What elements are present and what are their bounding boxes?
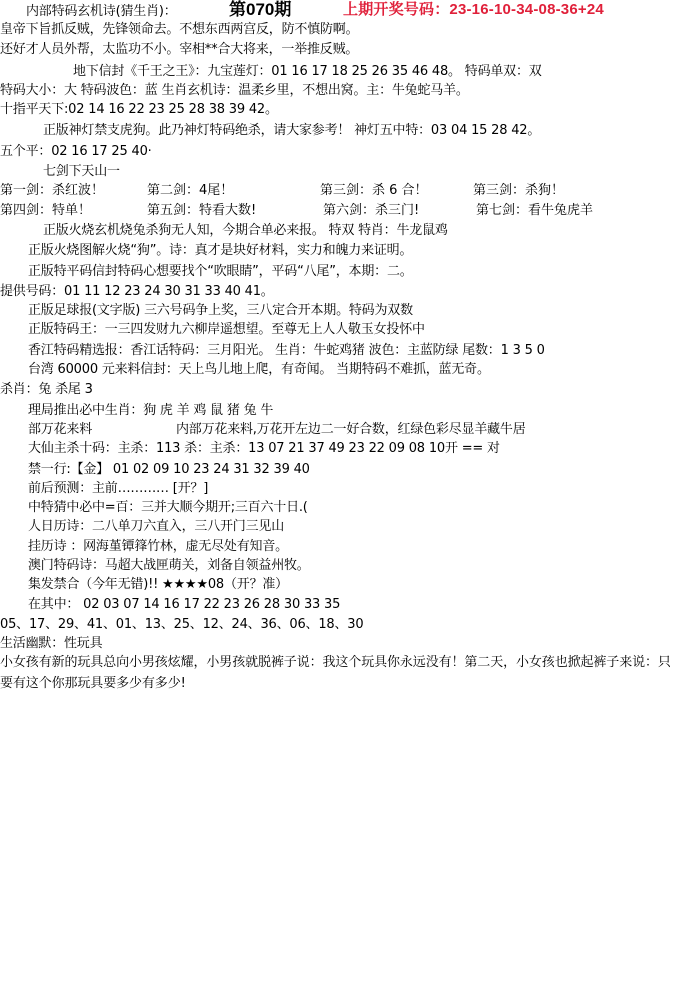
jifa-jinhe: 集发禁合（今年无错)!! ★★★★08（开？准） — [28, 575, 288, 594]
poem-line-1: 皇帝下旨抓反贼，先锋领命去。不想东西两宫反，防不慎防啊。 — [0, 20, 358, 39]
sword-7: 第七剑：看牛兔虎羊 — [476, 201, 593, 220]
tigong-haoma: 提供号码：01 11 12 23 24 30 31 33 40 41。 — [0, 282, 274, 301]
sword-4: 第四剑：特单！ — [0, 201, 91, 220]
xiangjiang-bao: 香江特码精选报：香江话特码：三月阳光。 生肖：牛蛇鸡猪 波色：主蓝防绿 尾数：1… — [28, 341, 545, 360]
renri-lishi: 人日历诗：二八单刀六直入，三八开门三见山 — [28, 517, 284, 536]
guali-shi: 挂历诗 ：网海堇镡箨竹林，虚无尽处有知音。 — [28, 537, 288, 556]
tema-info: 特码大小：大 特码波色：蓝 生肖玄机诗：温柔乡里，不想出窝。主：牛兔蛇马羊。 — [0, 81, 469, 100]
sword-5: 第五剑：特看大数! — [147, 201, 256, 220]
wugeping: 五个平：02 16 17 25 40· — [0, 142, 152, 161]
shendeng-jinzhi: 正版神灯禁支虎狗。此乃神灯特码绝杀，请大家参考！ 神灯五中特：03 04 15 … — [43, 121, 540, 140]
sword-3b: 第三剑：杀狗！ — [473, 181, 564, 200]
liju-shengxiao: 理局推出必中生肖：狗 虎 羊 鸡 鼠 猪 兔 牛 — [28, 401, 273, 420]
sword-2: 第二剑：4尾！ — [147, 181, 233, 200]
daxian-shima: 大仙主杀十码：主杀：113 杀：主杀：13 07 21 37 49 23 22 … — [28, 439, 500, 458]
poem-line-2: 还好才人员外帮，太监功不小。宰相**合大将来，一举推反贼。 — [0, 40, 358, 59]
tema-wang: 正版特码王：一三四发财九六柳岸遥想望。至尊无上人人敬玉女投怀中 — [28, 320, 425, 339]
sword-6: 第六剑：杀三门! — [323, 201, 419, 220]
aomen-temashi: 澳门特码诗：马超大战匣萌关，刘备自领益州牧。 — [28, 556, 310, 575]
number-list: 05、17、29、41、01、13、25、12、24、36、06、18、30 — [0, 615, 363, 634]
zai-qizhong: 在其中： 02 03 07 14 16 17 22 23 26 28 30 33… — [28, 595, 340, 614]
last-draw-results: 上期开奖号码：23-16-10-34-08-36+24 — [343, 0, 604, 20]
huoshao-line-1: 正版火烧玄机烧兔杀狗无人知，今期合单必来报。 特双 特肖：牛龙鼠鸡 — [43, 221, 448, 240]
dixia-xinfeng: 地下信封《千王之王》：九宝莲灯：01 16 17 18 25 26 35 46 … — [73, 62, 542, 81]
last-draw-label: 上期开奖号码： — [343, 1, 449, 18]
sword-1: 第一剑：杀红波！ — [0, 181, 104, 200]
shizhi-pingtianxia: 十指平天下:02 14 16 22 23 25 28 38 39 42。 — [0, 100, 278, 119]
wanhua-left: 部万花来料 — [28, 420, 92, 439]
zuqiu-bao: 正版足球报(文字版) 三六号码争上奖，三八定合开本期。特码为双数 — [28, 301, 413, 320]
qijian-title: 七剑下天山一 — [43, 162, 120, 181]
taiwan-xinfeng: 台湾 60000 元来料信封：天上鸟儿地上爬，有奇闻。 当期特码不难抓，蓝无奇。 — [28, 360, 490, 379]
huoshao-line-2: 正版火烧图解火烧“狗”。诗：真才是块好材料，实力和魄力来证明。 — [28, 241, 412, 260]
humor-body: 小女孩有新的玩具总向小男孩炫耀，小男孩就脱裤子说：我这个玩具你永远没有！第二天，… — [0, 652, 672, 694]
jin-yihang: 禁一行:【金】 01 02 09 10 23 24 31 32 39 40 — [28, 460, 310, 479]
qianhou-yuce: 前后预测：主前………… [开？] — [28, 479, 208, 498]
humor-title: 生活幽默：性玩具 — [0, 634, 102, 653]
huoshao-line-3: 正版特平码信封特码心想要找个“吹眼睛”，平码“八尾”，本期：二。 — [28, 262, 413, 281]
issue-number: 第070期 — [229, 0, 291, 20]
wanhua-right: 内部万花来料,万花开左边二一好合数，红绿色彩尽显羊藏牛居 — [176, 420, 526, 439]
sword-3: 第三剑：杀 6 合！ — [320, 181, 428, 200]
last-draw-numbers: 23-16-10-34-08-36+24 — [449, 1, 604, 18]
poem-title: 内部特码玄机诗(猜生肖)： — [26, 2, 177, 21]
sha-xiao: 杀肖：兔 杀尾 3 — [0, 380, 93, 399]
zhongte-caizhong: 中特猜中必中=百：三并大顺今期开;三百六十日.( — [28, 498, 308, 517]
